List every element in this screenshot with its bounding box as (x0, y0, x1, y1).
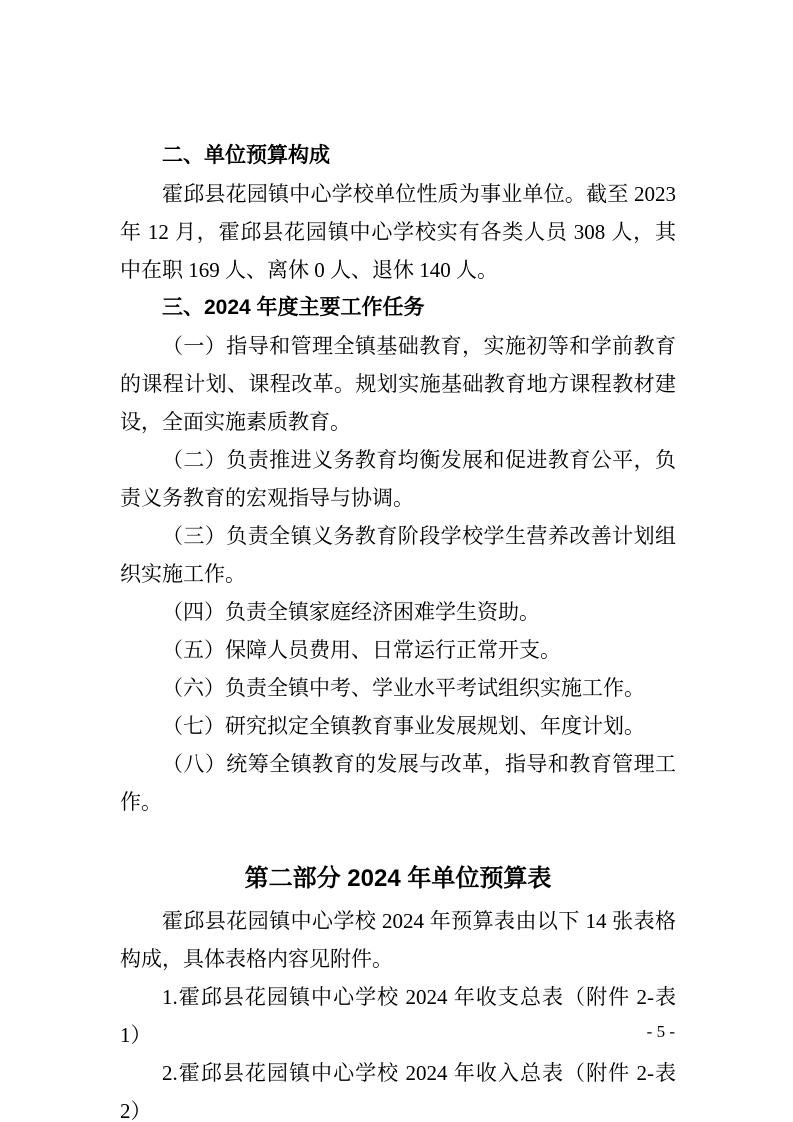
part2-title: 第二部分 2024 年单位预算表 (120, 858, 676, 900)
section-heading-budget-composition: 二、单位预算构成 (120, 137, 676, 175)
task-item-4: （四）负责全镇家庭经济困难学生资助。 (120, 593, 676, 631)
task-item-8: （八）统筹全镇教育的发展与改革，指导和教育管理工作。 (120, 745, 676, 821)
budget-table-item-2: 2.霍邱县花园镇中心学校 2024 年收入总表（附件 2-表 2） (120, 1054, 676, 1122)
paragraph-unit-composition: 霍邱县花园镇中心学校单位性质为事业单位。截至 2023 年 12 月，霍邱县花园… (120, 175, 676, 289)
task-item-5: （五）保障人员费用、日常运行正常开支。 (120, 631, 676, 669)
task-item-7: （七）研究拟定全镇教育事业发展规划、年度计划。 (120, 707, 676, 745)
part2-intro-paragraph: 霍邱县花园镇中心学校 2024 年预算表由以下 14 张表格构成，具体表格内容见… (120, 902, 676, 978)
task-item-2: （二）负责推进义务教育均衡发展和促进教育公平，负责义务教育的宏观指导与协调。 (120, 441, 676, 517)
task-item-6: （六）负责全镇中考、学业水平考试组织实施工作。 (120, 669, 676, 707)
document-page: 二、单位预算构成 霍邱县花园镇中心学校单位性质为事业单位。截至 2023 年 1… (0, 0, 793, 1122)
page-number: - 5 - (647, 1022, 675, 1042)
task-item-1: （一）指导和管理全镇基础教育，实施初等和学前教育的课程计划、课程改革。规划实施基… (120, 327, 676, 441)
budget-table-item-1: 1.霍邱县花园镇中心学校 2024 年收支总表（附件 2-表 1） (120, 978, 676, 1054)
task-item-3: （三）负责全镇义务教育阶段学校学生营养改善计划组织实施工作。 (120, 517, 676, 593)
section-heading-2024-tasks: 三、2024 年度主要工作任务 (120, 289, 676, 327)
